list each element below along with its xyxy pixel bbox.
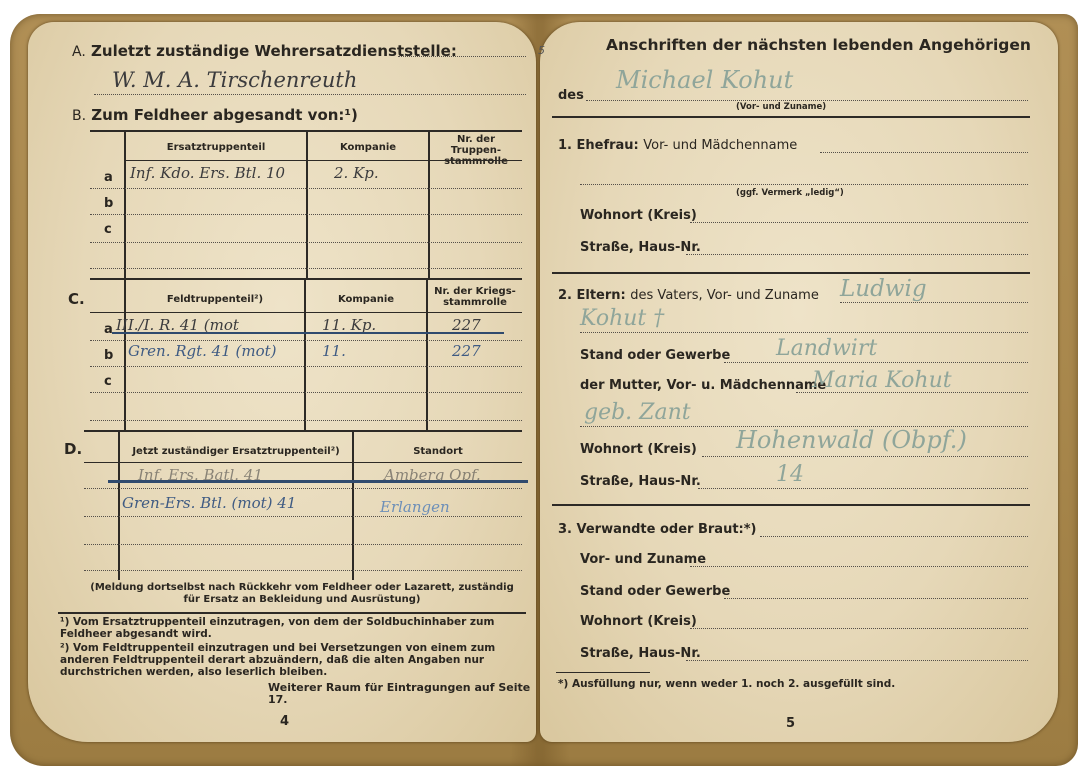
section-2-strasse-value: 14 [776,462,804,487]
section-3-stand-label: Stand oder Gewerbe [580,584,730,599]
section-rule [552,116,1030,118]
section-1-wohnort-label: Wohnort (Kreis) [580,208,697,223]
table-b-col-company: Kompanie [308,142,428,153]
section-2-stand-label: Stand oder Gewerbe [580,348,730,363]
section-d-note: (Meldung dortselbst nach Rückkehr vom Fe… [82,582,522,606]
section-2-vater-value-1: Ludwig [840,276,927,302]
dotted-line [686,254,1028,255]
section-a-letter: A. [72,44,86,60]
section-b-heading: B. Zum Feldheer abgesandt von:¹) [72,106,358,124]
dotted-line [840,302,1028,303]
dotted-line [84,516,522,517]
dotted-line [724,362,1028,363]
section-2-vater-value-2: Kohut † [580,306,664,331]
des-caption: (Vor- und Zuname) [736,102,826,112]
dotted-line [84,488,522,489]
dotted-line [398,56,526,57]
table-c-col-unit: Feldtruppenteil²) [126,294,304,305]
section-rule [552,504,1030,506]
section-b-letter: B. [72,108,86,124]
footnote-1: ¹) Vom Ersatztruppenteil einzutragen, vo… [60,616,520,640]
section-2-mutter-label: der Mutter, Vor- u. Mädchenname [580,378,826,393]
table-b-row-b-letter: b [104,196,113,211]
des-label: des [558,88,584,103]
section-2-vater-label: des Vaters, Vor- und Zuname [630,288,819,303]
table-d-col-location: Standort [354,446,522,457]
section-2-wohnort-label: Wohnort (Kreis) [580,442,697,457]
right-page-title: Anschriften der nächsten lebenden Angehö… [606,36,1031,54]
table-b-row-a-unit: Inf. Kdo. Ers. Btl. 10 [130,164,285,182]
section-2-heading: 2. Eltern: des Vaters, Vor- und Zuname [558,288,819,303]
table-c-bottom-rule [84,430,522,432]
dotted-line [702,456,1028,457]
dotted-line [84,570,522,571]
dotted-line [690,566,1028,567]
table-d-col-unit: Jetzt zuständiger Ersatztruppenteil²) [120,446,352,457]
section-a-value: W. M. A. Tirschenreuth [112,68,357,92]
section-2-mutter-value-1: Maria Kohut [812,368,952,393]
table-b-row-a-company: 2. Kp. [334,164,379,182]
table-d-header-rule [84,462,522,463]
dotted-line [724,598,1028,599]
table-c-row-b-number: 227 [452,342,481,360]
section-3-footnote: *) Ausfüllung nur, wenn weder 1. noch 2.… [558,678,895,690]
dotted-line [90,420,522,421]
section-b-title: Zum Feldheer abgesandt von:¹) [91,106,358,124]
table-b-header-rule [124,160,522,161]
page-number-left: 4 [280,714,289,729]
section-1-caption: (ggf. Vermerk „ledig“) [736,188,844,198]
dotted-line [820,152,1028,153]
section-2-mutter-value-2: geb. Zant [584,400,691,425]
section-1-title: 1. Ehefrau: [558,138,639,153]
table-c-row-a-strikethrough [112,332,504,334]
table-b-row-c-letter: c [104,222,112,237]
section-c-letter: C. [68,290,85,308]
table-b-col-unit: Ersatztruppenteil [126,142,306,153]
right-page: 5 Anschriften der nächsten lebenden Ange… [540,22,1058,742]
table-b-row-a-letter: a [104,170,113,185]
dotted-line [94,94,526,95]
dotted-line [580,332,1028,333]
dotted-line [586,100,1028,101]
dotted-line [686,660,1028,661]
table-c-col-company: Kompanie [306,294,426,305]
dotted-line [690,222,1028,223]
table-b-bottom-rule [90,278,522,280]
dotted-line [90,268,522,269]
dotted-line [90,392,522,393]
dotted-line [580,184,1028,185]
dotted-line [90,214,522,215]
table-c-divider [426,278,428,432]
dotted-line [698,488,1028,489]
continuation-note: Weiterer Raum für Eintragungen auf Seite… [268,682,536,706]
table-c-row-b-company: 11. [322,342,346,360]
des-value: Michael Kohut [616,66,793,94]
section-3-strasse-label: Straße, Haus-Nr. [580,646,701,661]
table-c-header-rule [90,312,522,313]
section-3-name-label: Vor- und Zuname [580,552,706,567]
table-d-row-1-strikethrough [108,480,528,483]
table-c-row-b-unit: Gren. Rgt. 41 (mot) [128,342,277,360]
section-a-heading: A. Zuletzt zuständige Wehrersatzdienstst… [72,42,457,60]
section-2-wohnort-value: Hohenwald (Obpf.) [736,426,967,454]
dotted-line [84,544,522,545]
footnote-rule [556,672,650,673]
section-1-heading: 1. Ehefrau: Vor- und Mädchenname [558,138,797,153]
section-rule [552,272,1030,274]
table-d-row-2-unit: Gren-Ers. Btl. (mot) 41 [122,494,296,512]
table-d-row-2-location: Erlangen [380,498,450,516]
table-b-col-number: Nr. der Truppen-stammrolle [432,134,520,167]
section-2-strasse-label: Straße, Haus-Nr. [580,474,701,489]
dotted-line [90,188,522,189]
dotted-line [90,340,522,341]
section-1-strasse-label: Straße, Haus-Nr. [580,240,701,255]
table-c-row-a-letter: a [104,322,113,337]
section-d-letter: D. [64,440,82,458]
table-c-col-number: Nr. der Kriegs-stammrolle [430,286,520,308]
section-3-title: 3. Verwandte oder Braut:*) [558,522,756,537]
footnote-2: ²) Vom Feldtruppenteil einzutragen und b… [60,642,520,678]
footnote-rule [58,612,526,614]
section-2-title: 2. Eltern: [558,288,626,303]
table-b-divider [428,130,430,278]
table-c-row-c-letter: c [104,374,112,389]
section-a-title: Zuletzt zuständige Wehrersatzdienststell… [91,42,457,60]
dotted-line [760,536,1028,537]
section-3-wohnort-label: Wohnort (Kreis) [580,614,697,629]
corner-page-mark: 5 [538,44,560,66]
left-page: A. Zuletzt zuständige Wehrersatzdienstst… [28,22,536,742]
dotted-line [90,366,522,367]
page-number-right: 5 [786,716,795,731]
section-1-name-label: Vor- und Mädchenname [643,138,797,153]
dotted-line [90,242,522,243]
section-2-stand-value: Landwirt [776,336,877,361]
dotted-line [690,628,1028,629]
table-c-row-b-letter: b [104,348,113,363]
